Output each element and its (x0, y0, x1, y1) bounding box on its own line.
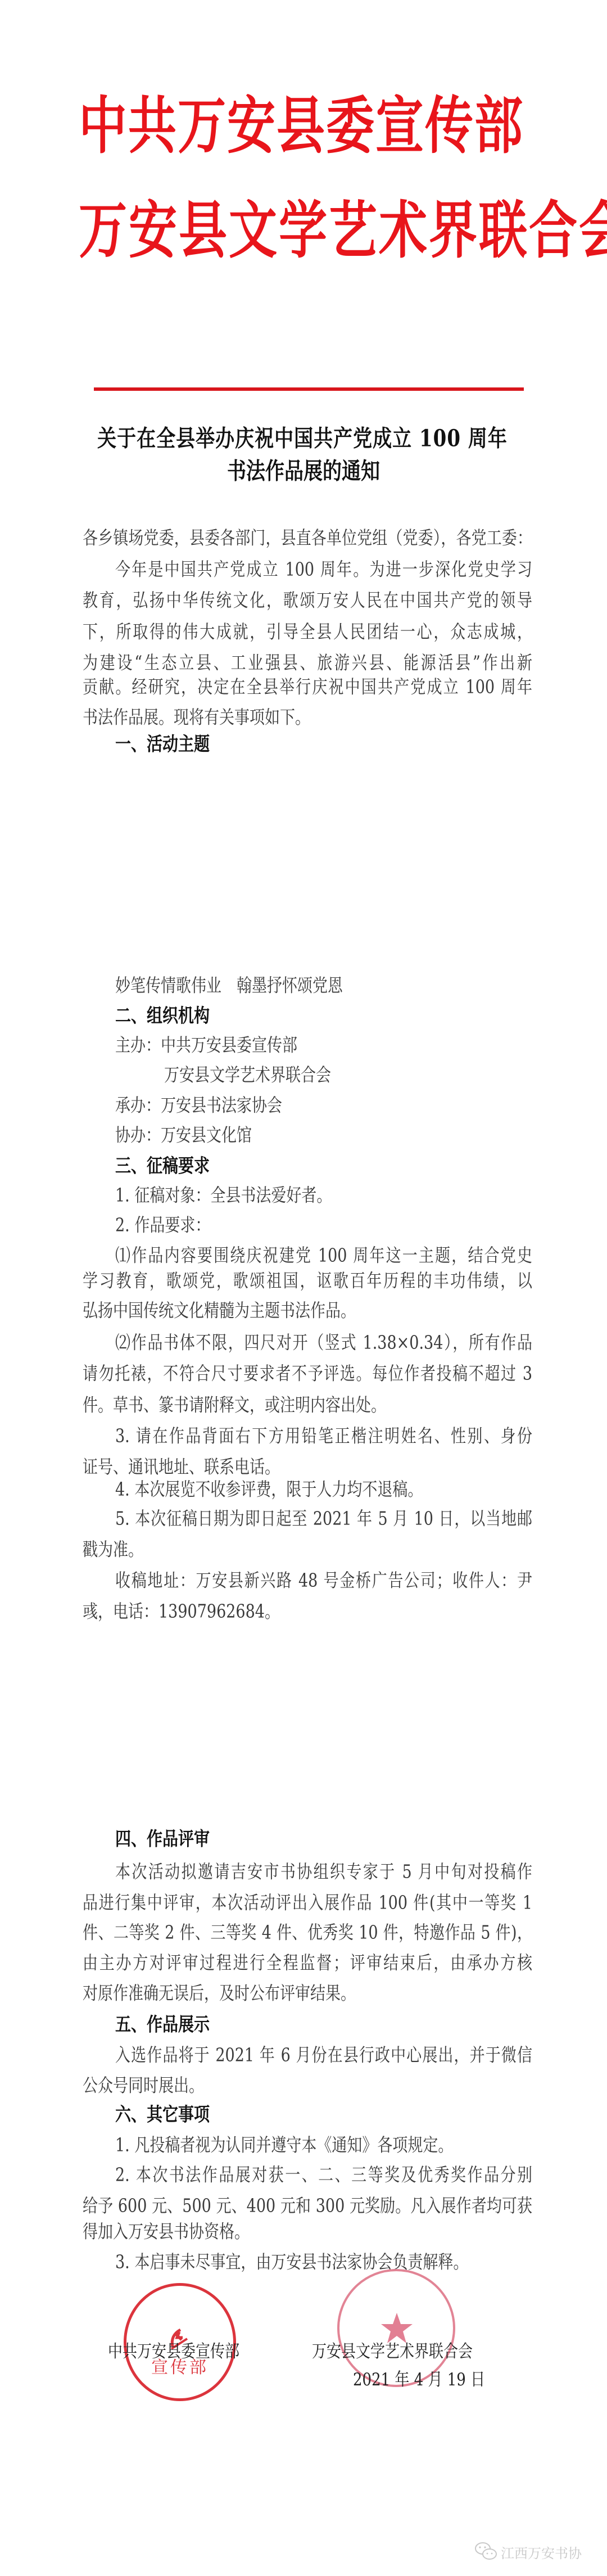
other-item-2: 给予 600 元、500 元、400 元和 300 元奖励。凡入展作者均可获 (83, 2197, 532, 2215)
signature-date: 2021 年 4 月 19 日 (353, 2371, 485, 2389)
seal-federation (337, 2269, 455, 2387)
review-line: 本次活动拟邀请吉安市书协组织专家于 5 月中旬对投稿作 (115, 1863, 532, 1881)
req-item-2-2: ⑵作品书体不限，四尺对开（竖式 1.38×0.34），所有作品 (115, 1334, 532, 1352)
submission-address: 收稿地址：万安县新兴路 48 号金桥广告公司；收件人：尹 (115, 1572, 532, 1590)
req-item-2-1: 弘扬中国传统文化精髓为主题书法作品。 (83, 1302, 356, 1320)
review-line: 品进行集中评审，本次活动评出入展作品 100 件(其中一等奖 1 (83, 1894, 532, 1912)
document-title-line-1: 关于在全县举办庆祝中国共产党成立 100 周年 (55, 427, 550, 450)
wechat-icon (474, 2541, 499, 2563)
exhibition-line: 入选作品将于 2021 年 6 月份在县行政中心展出，并于微信 (115, 2046, 532, 2064)
intro-line: 书法作品展。现将有关事项如下。 (83, 709, 310, 727)
star-icon (379, 2311, 415, 2347)
intro-line: 下，所取得的伟大成就，引导全县人民团结一心，众志成城， (83, 623, 532, 641)
req-item-5: 5. 本次征稿日期为即日起至 2021 年 5 月 10 日，以当地邮 (115, 1510, 532, 1528)
req-item-2-2: 件。草书、篆书请附释文，或注明内容出处。 (83, 1396, 386, 1414)
review-line: 对原作准确无误后，及时公布评审结果。 (83, 1984, 356, 2002)
req-item-3: 证号、通讯地址、联系电话。 (83, 1458, 280, 1476)
req-item-4: 4. 本次展览不收参评费，限于人力均不退稿。 (115, 1481, 423, 1499)
red-divider (94, 387, 524, 391)
review-line: 件、二等奖 2 件、三等奖 4 件、优秀奖 10 件，特邀作品 5 件)， (83, 1924, 532, 1942)
host-label: 主办： (115, 1035, 161, 1056)
intro-line: 贡献。经研究，决定在全县举行庆祝中国共产党成立 100 周年 (83, 678, 532, 696)
watermark-label: 江西万安书协 (501, 2542, 582, 2562)
section-heading-exhibition: 五、作品展示 (115, 2015, 210, 2034)
exhibition-line: 公众号同时展出。 (83, 2077, 204, 2095)
section-heading-theme: 一、活动主题 (115, 735, 210, 754)
intro-line: 教育，弘扬中华传统文化，歌颂万安人民在中国共产党的领导 (83, 592, 532, 610)
document-title-line-2: 书法作品展的通知 (56, 460, 551, 483)
signature-left: 中共万安县委宣传部 (108, 2343, 239, 2361)
host-2: 万安县文学艺术界联合会 (164, 1066, 331, 1084)
req-item-2-1: 学习教育，歌颂党，歌颂祖国，讴歌百年历程的丰功伟绩，以 (83, 1272, 532, 1290)
other-item-3: 3. 本启事未尽事宜，由万安县书法家协会负责解释。 (115, 2253, 468, 2271)
section-heading-other: 六、其它事项 (115, 2105, 210, 2124)
host-row: 主办：中共万安县委宣传部 (115, 1036, 297, 1054)
activity-theme: 妙笔传情歌伟业 翰墨抒怀颂党恩 (115, 977, 343, 995)
salutation: 各乡镇场党委，县委各部门，县直各单位党组（党委），各党工委： (83, 529, 532, 547)
section-heading-organization: 二、组织机构 (115, 1007, 210, 1026)
req-item-3: 3. 请在作品背面右下方用铅笔正楷注明姓名、性别、身份 (115, 1427, 532, 1445)
letterhead-line-2: 万安县文学艺术界联合会 (79, 200, 528, 262)
intro-line: 今年是中国共产党成立 100 周年。为进一步深化党史学习 (115, 561, 532, 579)
wechat-watermark: 江西万安书协 (474, 2541, 582, 2563)
letterhead-line-1: 中共万安县委宣传部 (79, 96, 528, 157)
co-organizer: 协办：万安县文化馆 (115, 1126, 252, 1144)
review-line: 由主办方对评审过程进行全程监督；评审结束后，由承办方核 (83, 1954, 532, 1972)
host-1: 中共万安县委宣传部 (161, 1035, 297, 1056)
other-item-1: 1. 凡投稿者视为认同并遵守本《通知》各项规定。 (115, 2136, 453, 2154)
signature-right: 万安县文学艺术界联合会 (312, 2343, 473, 2361)
req-item-2: 2. 作品要求： (115, 1216, 210, 1234)
req-item-1: 1. 征稿对象：全县书法爱好者。 (115, 1187, 332, 1204)
submission-address: 彧，电话：13907962684。 (83, 1603, 280, 1621)
req-item-2-1: ⑴作品内容要围绕庆祝建党 100 周年这一主题，结合党史 (115, 1247, 532, 1265)
section-heading-requirements: 三、征稿要求 (115, 1157, 210, 1176)
req-item-5: 戳为准。 (83, 1541, 143, 1559)
req-item-2-2: 请勿托裱，不符合尺寸要求者不予评选。每位作者投稿不超过 3 (83, 1365, 532, 1383)
intro-line: 为建设“生态立县、工业强县、旅游兴县、能源活县”作出新 (83, 654, 532, 672)
other-item-2: 得加入万安县书协资格。 (83, 2223, 250, 2241)
organizer: 承办：万安县书法家协会 (115, 1097, 282, 1115)
section-heading-review: 四、作品评审 (115, 1830, 210, 1849)
other-item-2: 2. 本次书法作品展对获一、二、三等奖及优秀奖作品分别 (115, 2166, 532, 2184)
